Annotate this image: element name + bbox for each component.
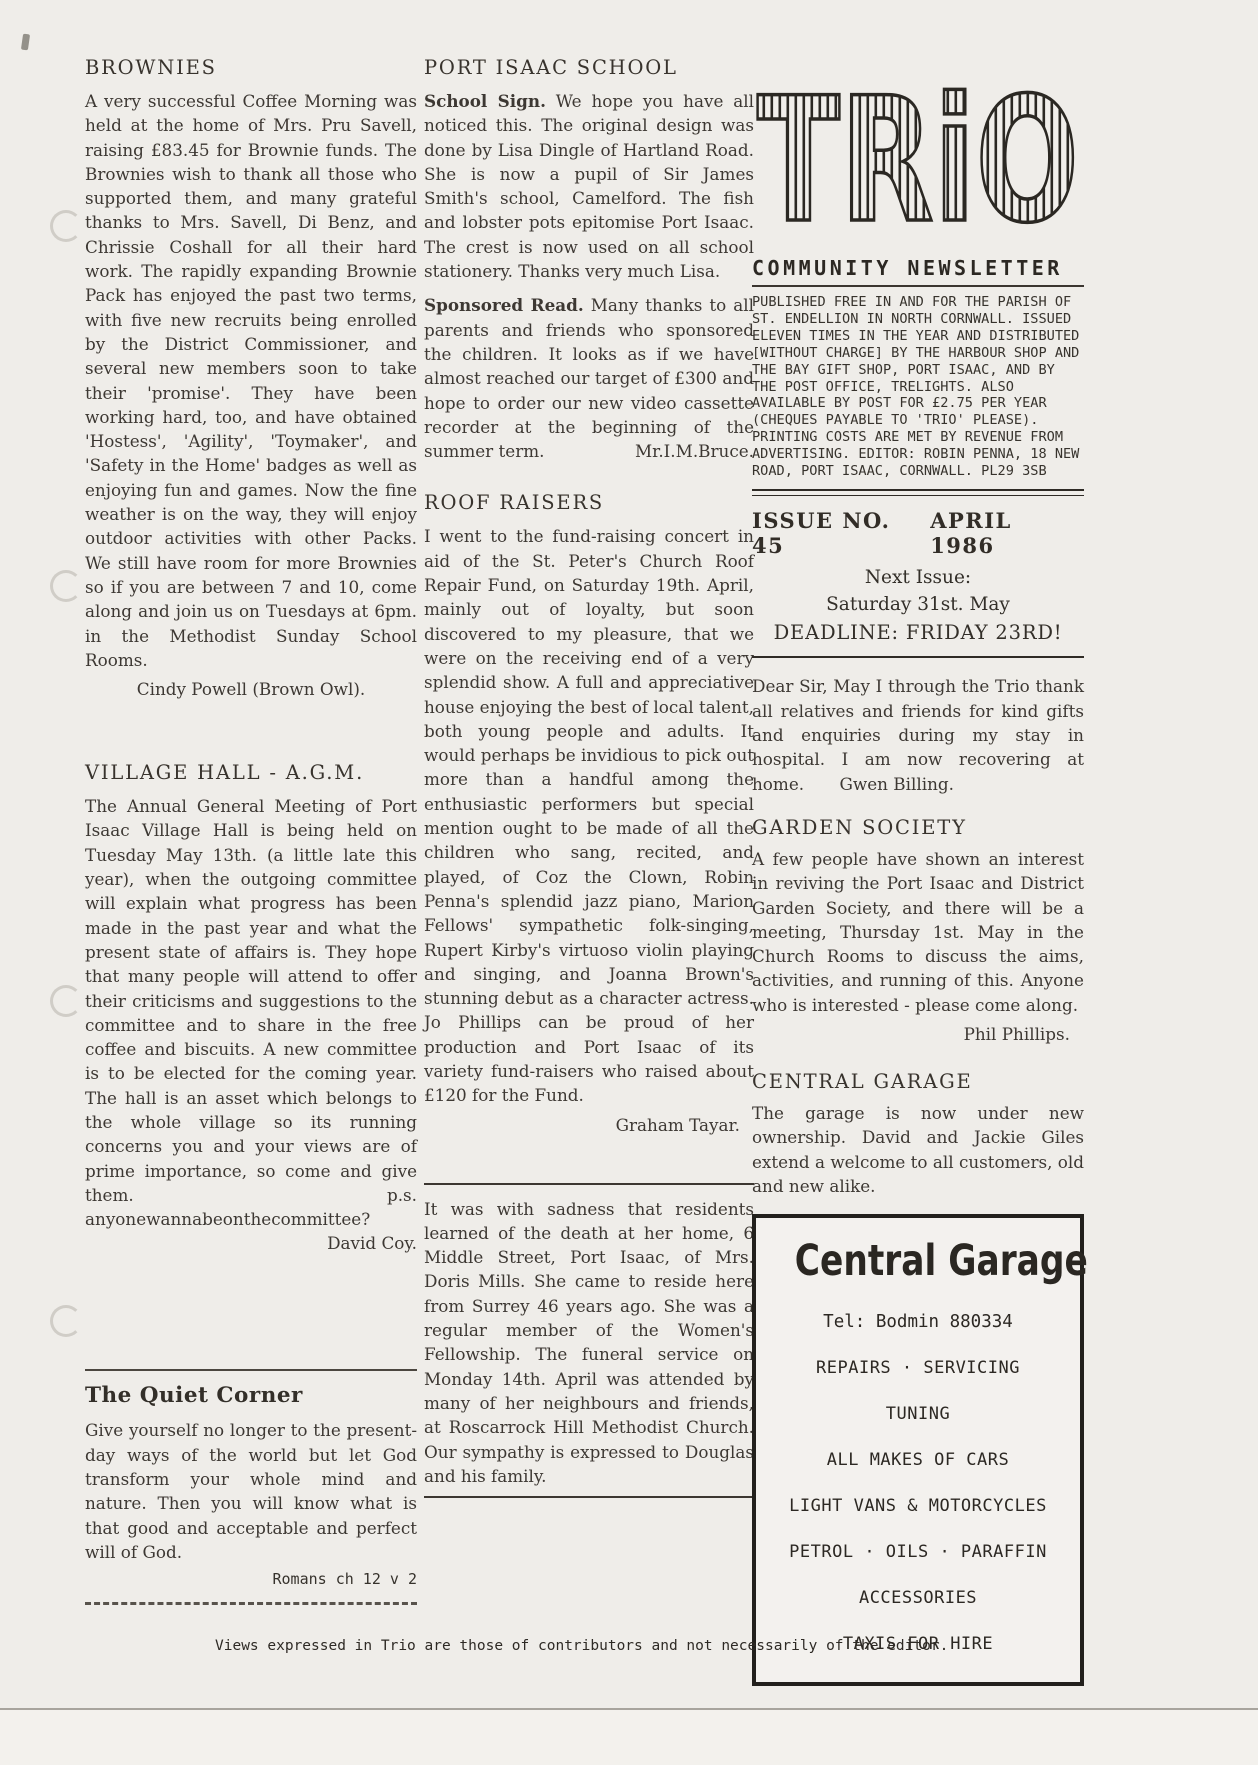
trio-logo-graphic: TRiO xyxy=(752,48,1084,253)
right-column: TRiO COMMUNITY NEWSLETTER PUBLISHED FREE… xyxy=(752,48,1084,1686)
divider xyxy=(85,1602,417,1605)
quiet-corner-body: Give yourself no longer to the present-d… xyxy=(85,1418,417,1564)
village-hall-text: The Annual General Meeting of Port Isaac… xyxy=(85,796,417,1229)
newsletter-label: COMMUNITY NEWSLETTER xyxy=(752,256,1084,287)
article-brownies: BROWNIES A very successful Coffee Mornin… xyxy=(85,56,417,703)
next-issue-label: Next Issue: xyxy=(752,564,1084,592)
masthead-fine-print: PUBLISHED FREE IN AND FOR THE PARISH OF … xyxy=(752,294,1084,480)
divider xyxy=(424,1496,754,1498)
divider xyxy=(85,1369,417,1371)
article-quiet-corner: The Quiet Corner Give yourself no longer… xyxy=(85,1383,417,1588)
deadline-note: DEADLINE: FRIDAY 23RD! xyxy=(752,619,1084,647)
article-roof-raisers: ROOF RAISERS I went to the fund-raising … xyxy=(424,491,754,1138)
issue-row: ISSUE NO. 45 APRIL 1986 xyxy=(752,508,1084,558)
trio-logo-text: TRiO xyxy=(757,60,1079,253)
brownies-heading: BROWNIES xyxy=(85,56,417,79)
brownies-body: A very successful Coffee Morning was hel… xyxy=(85,89,417,672)
advert-service-line: PETROL · OILS · PARAFFIN xyxy=(764,1542,1072,1562)
divider xyxy=(752,489,1084,496)
obituary-body: It was with sadness that residents learn… xyxy=(424,1197,754,1489)
middle-column: PORT ISAAC SCHOOL School Sign. We hope y… xyxy=(424,56,754,1498)
scanned-newsletter-page: BROWNIES A very successful Coffee Mornin… xyxy=(0,0,1258,1765)
punch-hole xyxy=(50,570,82,602)
garden-society-body: A few people have shown an interest in r… xyxy=(752,847,1084,1017)
school-signature: Mr.I.M.Bruce. xyxy=(613,439,754,463)
roof-raisers-body: I went to the fund-raising concert in ai… xyxy=(424,524,754,1107)
trio-logo: TRiO xyxy=(752,48,1084,256)
article-obituary: It was with sadness that residents learn… xyxy=(424,1197,754,1489)
central-garage-heading: CENTRAL GARAGE xyxy=(752,1070,1084,1093)
footer-note: Views expressed in Trio are those of con… xyxy=(215,1638,960,1654)
central-garage-body: The garage is now under new ownership. D… xyxy=(752,1101,1084,1198)
reader-letter-signature: Gwen Billing. xyxy=(839,774,954,794)
sponsored-read-lead: Sponsored Read. xyxy=(424,295,584,315)
advert-service-line: LIGHT VANS & MOTORCYCLES xyxy=(764,1496,1072,1516)
school-paragraph-1: School Sign. We hope you have all notice… xyxy=(424,89,754,283)
punch-hole xyxy=(50,1305,82,1337)
brownies-signature: Cindy Powell (Brown Owl). xyxy=(85,676,417,703)
advert-service-line: REPAIRS · SERVICING xyxy=(764,1358,1072,1378)
punch-hole xyxy=(50,210,82,242)
advert-service-line: ACCESSORIES xyxy=(764,1588,1072,1608)
school-sign-lead: School Sign. xyxy=(424,91,546,111)
article-garden-society: GARDEN SOCIETY A few people have shown a… xyxy=(752,816,1084,1048)
village-hall-body: The Annual General Meeting of Port Isaac… xyxy=(85,794,417,1231)
school-sign-text: We hope you have all noticed this. The o… xyxy=(424,91,754,281)
next-issue-block: Next Issue: Saturday 31st. May DEADLINE:… xyxy=(752,564,1084,647)
next-issue-date: Saturday 31st. May xyxy=(752,591,1084,619)
school-paragraph-2: Sponsored Read. Many thanks to all paren… xyxy=(424,293,754,463)
advert-phone: Tel: Bodmin 880334 xyxy=(764,1312,1072,1332)
reader-letter: Dear Sir, May I through the Trio thank a… xyxy=(752,674,1084,795)
central-garage-advert: Central Garage Tel: Bodmin 880334 REPAIR… xyxy=(752,1214,1084,1686)
scripture-reference: Romans ch 12 v 2 xyxy=(85,1570,417,1588)
divider xyxy=(424,1183,754,1185)
left-column: BROWNIES A very successful Coffee Mornin… xyxy=(85,56,417,1605)
divider xyxy=(752,656,1084,658)
village-hall-heading: VILLAGE HALL - A.G.M. xyxy=(85,761,417,784)
advert-service-line: TUNING xyxy=(764,1404,1072,1424)
village-hall-signature: David Coy. xyxy=(305,1231,417,1255)
advert-business-name: Central Garage xyxy=(795,1236,1041,1286)
sponsored-read-text: Many thanks to all parents and friends w… xyxy=(424,295,754,461)
article-village-hall: VILLAGE HALL - A.G.M. The Annual General… xyxy=(85,761,417,1231)
garden-society-heading: GARDEN SOCIETY xyxy=(752,816,1084,839)
roof-raisers-signature: Graham Tayar. xyxy=(424,1112,754,1139)
issue-number: ISSUE NO. 45 xyxy=(752,508,930,558)
school-heading: PORT ISAAC SCHOOL xyxy=(424,56,754,79)
garden-society-signature: Phil Phillips. xyxy=(752,1021,1084,1048)
article-central-garage: CENTRAL GARAGE The garage is now under n… xyxy=(752,1070,1084,1198)
quiet-corner-heading: The Quiet Corner xyxy=(85,1383,417,1408)
advert-service-line: ALL MAKES OF CARS xyxy=(764,1450,1072,1470)
page-bottom-edge xyxy=(0,1708,1258,1765)
article-school: PORT ISAAC SCHOOL School Sign. We hope y… xyxy=(424,56,754,463)
roof-raisers-heading: ROOF RAISERS xyxy=(424,491,754,514)
punch-hole xyxy=(50,985,82,1017)
issue-date: APRIL 1986 xyxy=(930,508,1084,558)
